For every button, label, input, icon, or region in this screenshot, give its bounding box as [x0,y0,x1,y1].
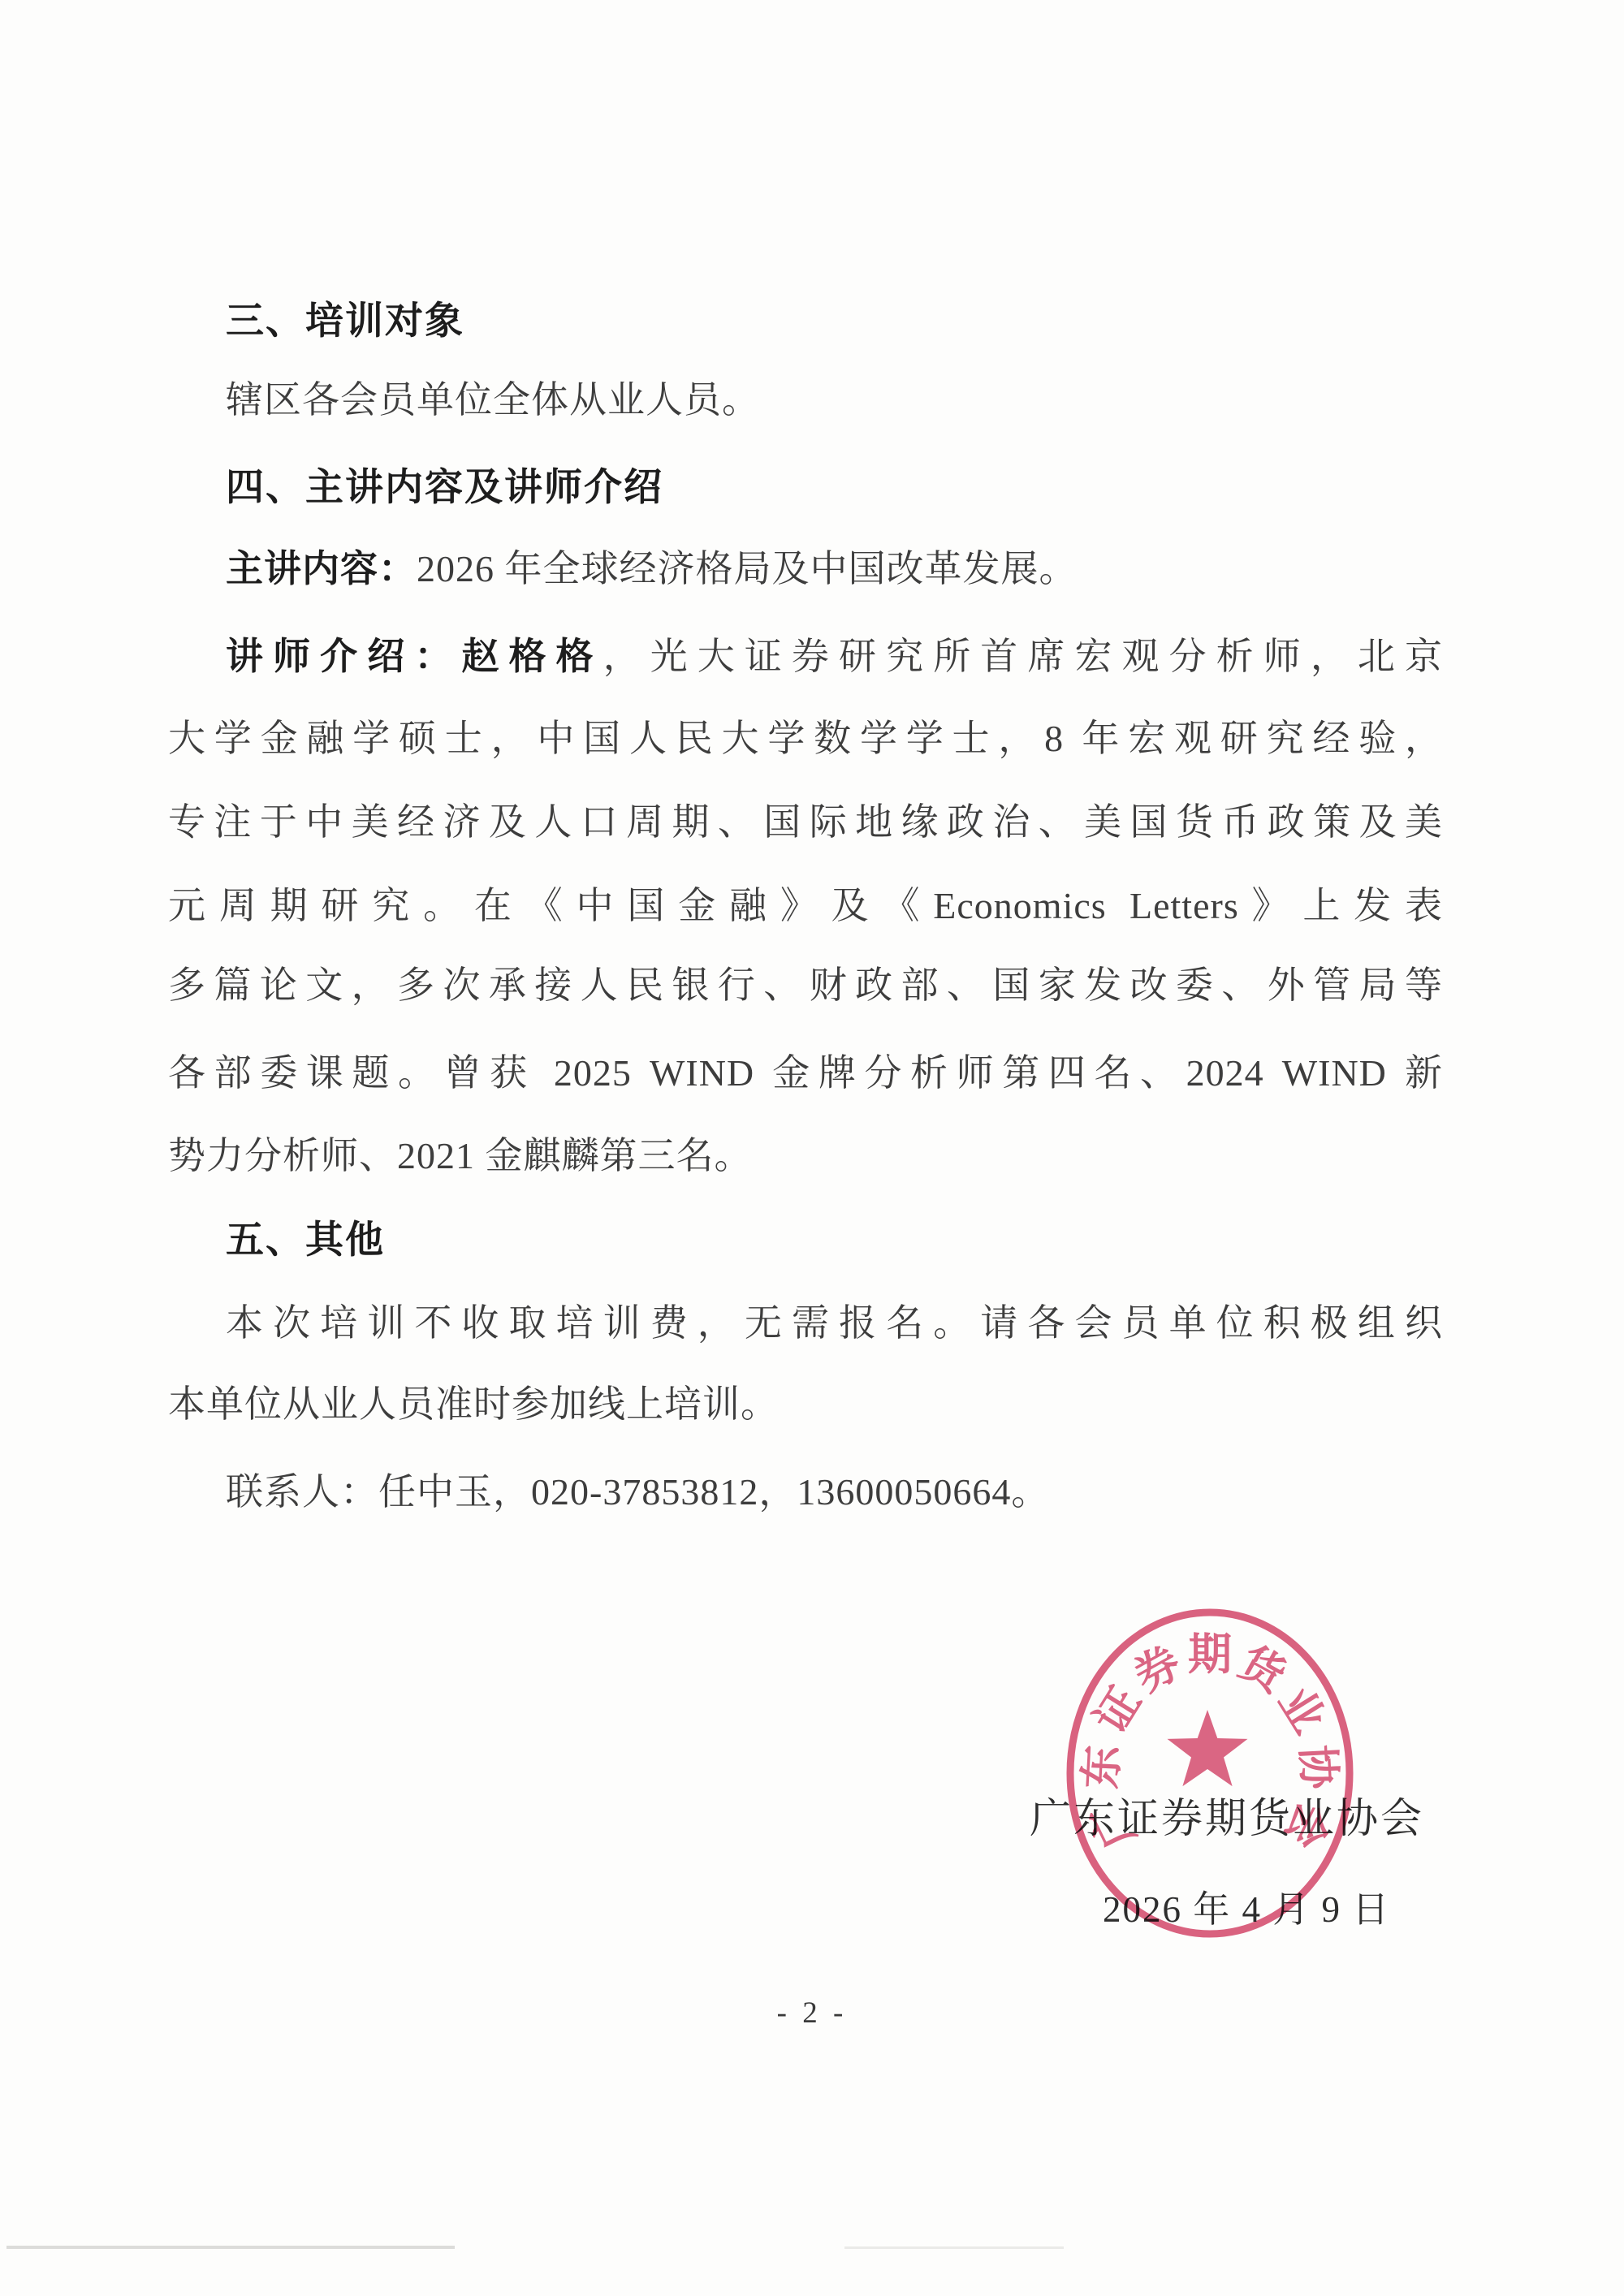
doc-line: 讲师介绍：赵格格，光大证券研究所首席宏观分析师，北京 [168,631,1443,681]
seal-star-icon [1168,1710,1248,1786]
field-value: 2026 年全球经济格局及中国改革发展。 [417,548,1078,589]
seal-char: 业 [1269,1679,1333,1742]
field-value: ，光大证券研究所首席宏观分析师，北京 [603,636,1443,677]
section-heading-3: 三、培训对象 [168,296,1443,346]
seal-char: 广 [1082,1795,1145,1856]
seal-char: 券 [1126,1638,1188,1702]
seal-char: 协 [1292,1744,1343,1792]
doc-line: 多篇论文，多次承接人民银行、财政部、国家发改委、外管局等 [168,960,1443,1011]
doc-line: 本次培训不收取培训费，无需报名。请各会员单位积极组织 [168,1298,1443,1349]
seal-char: 东 [1077,1744,1128,1790]
seal-char: 会 [1276,1795,1339,1856]
field-label: 讲师介绍：赵格格 [226,635,603,677]
scan-artifact-line [844,2246,1064,2249]
doc-line: 辖区各会员单位全体从业人员。 [168,375,1443,425]
page-number: - 2 - [0,1996,1624,2031]
seal-char: 货 [1231,1638,1295,1703]
seal-char: 期 [1188,1630,1232,1679]
document-page: 三、培训对象 辖区各会员单位全体从业人员。 四、主讲内容及讲师介绍 主讲内容：2… [0,0,1624,2296]
doc-line: 势力分析师、2021 金麒麟第三名。 [168,1131,1443,1181]
doc-line: 专注于中美经济及人口周期、国际地缘政治、美国货币政策及美 [168,797,1443,848]
section-heading-4: 四、主讲内容及讲师介绍 [168,462,1443,512]
doc-line: 主讲内容：2026 年全球经济格局及中国改革发展。 [168,543,1443,593]
official-seal: 广 东 证 券 期 货 业 协 会 [1056,1595,1364,1952]
section-heading-5: 五、其他 [168,1215,1443,1265]
field-label: 主讲内容： [226,547,417,589]
doc-line: 本单位从业人员准时参加线上培训。 [168,1379,1443,1430]
scan-artifact-line [6,2246,455,2249]
seal-char: 证 [1086,1679,1150,1742]
contact-line: 联系人：任中玉，020-37853812，13600050664。 [168,1467,1443,1517]
doc-line: 大学金融学硕士，中国人民大学数学学士，8 年宏观研究经验， [168,714,1443,764]
doc-line: 各部委课题。曾获 2025 WIND 金牌分析师第四名、2024 WIND 新 [168,1048,1443,1098]
doc-line: 元周期研究。在《中国金融》及《Economics Letters》上发表 [168,881,1443,931]
